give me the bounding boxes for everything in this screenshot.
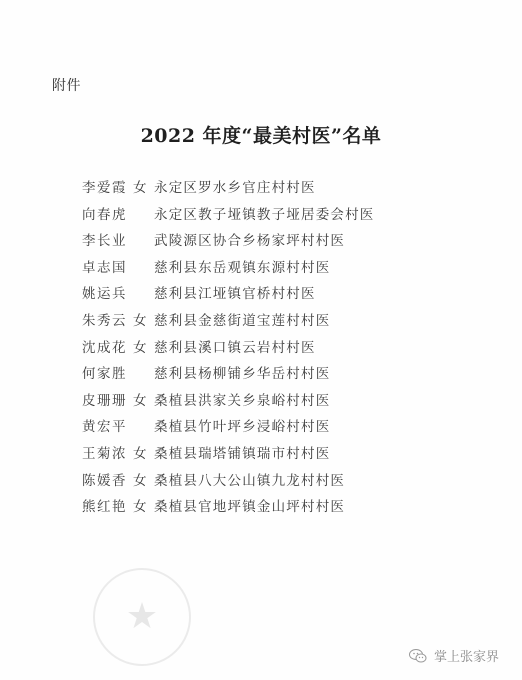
person-place: 桑植县八大公山镇九龙村村医	[154, 469, 345, 489]
person-gender: 女	[133, 176, 147, 196]
person-name: 皮珊珊	[82, 389, 130, 409]
star-icon: ★	[95, 596, 189, 637]
person-gender: 女	[133, 389, 147, 409]
person-name: 沈成花	[82, 336, 130, 356]
attachment-label: 附件	[52, 75, 81, 95]
person-gender: 女	[133, 469, 147, 489]
person-place: 桑植县洪家关乡泉峪村村医	[154, 389, 330, 409]
document-title: 2022 年度“最美村医”名单	[0, 121, 522, 148]
person-name: 李长业	[82, 229, 130, 249]
person-place: 武陵源区协合乡杨家坪村村医	[154, 229, 345, 249]
person-place: 永定区罗水乡官庄村村医	[154, 176, 316, 196]
person-name: 熊红艳	[82, 495, 130, 515]
person-place: 永定区教子垭镇教子垭居委会村医	[154, 203, 375, 223]
person-name: 王菊浓	[82, 442, 130, 462]
person-name: 朱秀云	[82, 309, 130, 329]
official-seal: ★	[93, 568, 191, 666]
person-place: 桑植县官地坪镇金山坪村村医	[154, 495, 345, 515]
person-gender: 女	[133, 336, 147, 356]
person-place: 桑植县瑞塔铺镇瑞市村村医	[154, 442, 330, 462]
person-name: 陈媛香	[82, 469, 130, 489]
person-gender: 女	[133, 495, 147, 515]
person-place: 桑植县竹叶坪乡浸峪村村医	[154, 415, 330, 435]
wechat-icon	[408, 648, 428, 664]
person-gender: 女	[133, 442, 147, 462]
person-place: 慈利县金慈街道宝莲村村医	[154, 309, 330, 329]
person-gender: 女	[133, 309, 147, 329]
person-place: 慈利县江垭镇官桥村村医	[154, 282, 316, 302]
document-page: 附件 2022 年度“最美村医”名单 李爱霞 女 永定区罗水乡官庄村村医 向春虎…	[0, 0, 522, 680]
person-name: 姚运兵	[82, 282, 130, 302]
person-name: 卓志国	[82, 256, 130, 276]
person-name: 李爱霞	[82, 176, 130, 196]
person-place: 慈利县杨柳铺乡华岳村村医	[154, 362, 330, 382]
watermark: 掌上张家界	[408, 646, 499, 665]
person-name: 何家胜	[82, 362, 130, 382]
person-place: 慈利县溪口镇云岩村村医	[154, 336, 316, 356]
watermark-text: 掌上张家界	[434, 646, 499, 665]
person-name: 向春虎	[82, 203, 130, 223]
person-name: 黄宏平	[82, 415, 130, 435]
person-place: 慈利县东岳观镇东源村村医	[154, 256, 330, 276]
